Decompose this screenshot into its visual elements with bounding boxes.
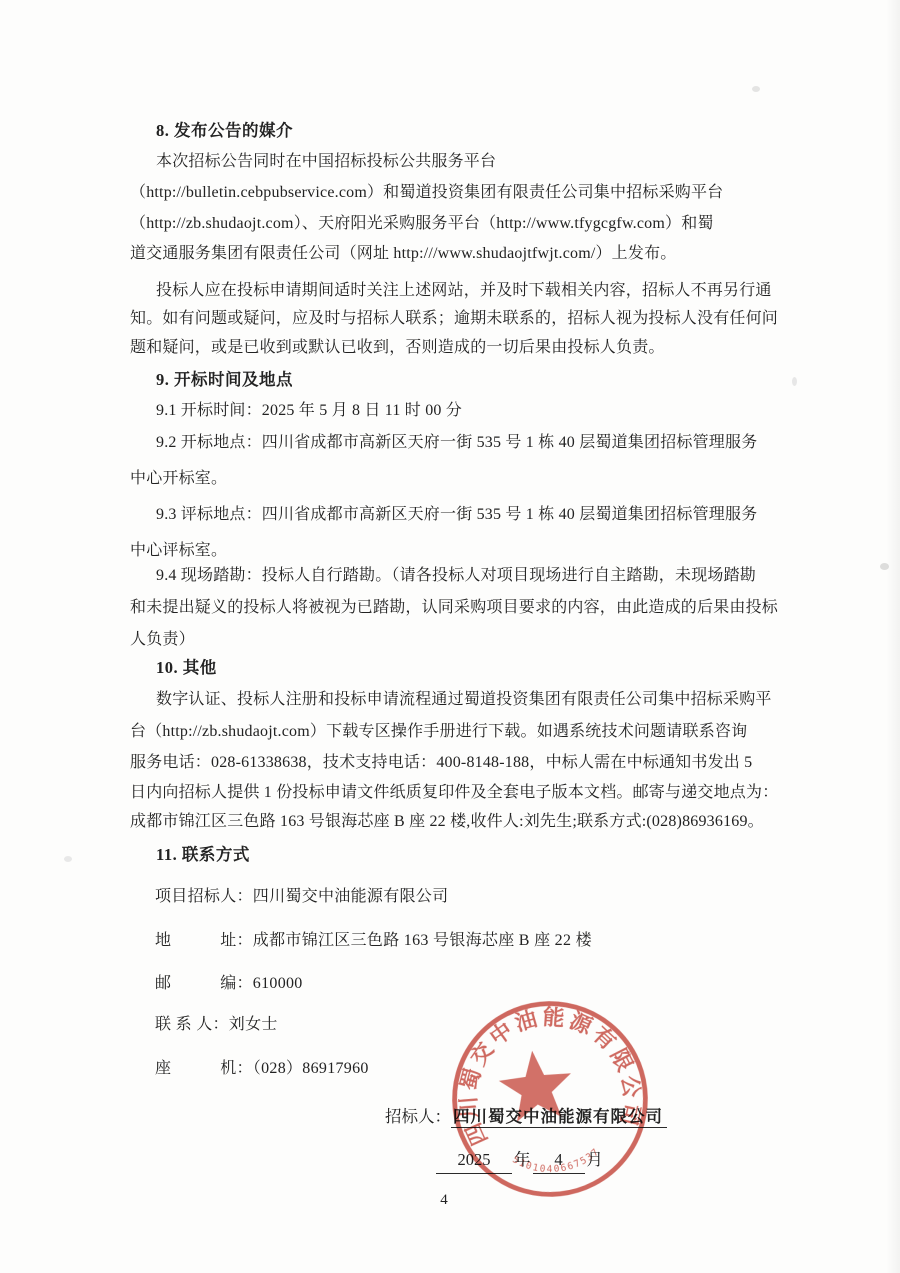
doc-line: 服务电话：028-61338638，技术支持电话：400-8148-188，中标…	[130, 752, 810, 774]
doc-line: 知。如有问题或疑问，应及时与招标人联系；逾期未联系的，招标人视为投标人没有任何问	[130, 308, 810, 330]
doc-line: 9.1 开标时间：2025 年 5 月 8 日 11 时 00 分	[130, 400, 810, 422]
doc-line: 人负责）	[130, 629, 810, 651]
signature-label: 招标人：	[385, 1107, 451, 1126]
contact-zipcode-line: 邮 编：610000	[155, 973, 755, 995]
scan-edge-shading	[886, 0, 900, 1273]
scan-artifact	[752, 86, 760, 92]
contact-tenderer-line: 项目招标人：四川蜀交中油能源有限公司	[155, 886, 755, 908]
signature-date-year: 2025	[436, 1148, 512, 1174]
signature-date-month-unit: 月	[585, 1150, 606, 1169]
scan-artifact	[792, 377, 797, 386]
doc-line: 中心评标室。	[130, 540, 810, 562]
page-number: 4	[430, 1192, 458, 1209]
doc-line: 数字认证、投标人注册和投标申请流程通过蜀道投资集团有限责任公司集中招标采购平	[130, 689, 810, 711]
doc-line: 道交通服务集团有限责任公司（网址 http:///www.shudaojtfwj…	[130, 243, 810, 265]
section-heading-8: 8. 发布公告的媒介	[130, 120, 810, 142]
signature-date-year-unit: 年	[512, 1150, 533, 1169]
doc-line: 9.4 现场踏勘：投标人自行踏勘。（请各投标人对项目现场进行自主踏勘，未现场踏勘	[130, 565, 810, 587]
doc-line: 题和疑问，或是已收到或默认已收到，否则造成的一切后果由投标人负责。	[130, 337, 810, 359]
signature-line: 招标人：四川蜀交中油能源有限公司	[385, 1105, 667, 1129]
doc-line: 成都市锦江区三色路 163 号银海芯座 B 座 22 楼,收件人:刘先生;联系方…	[130, 811, 810, 833]
doc-line: （http://bulletin.cebpubservice.com）和蜀道投资…	[130, 182, 810, 204]
section-heading-9: 9. 开标时间及地点	[130, 369, 810, 391]
doc-line: 9.2 开标地点：四川省成都市高新区天府一街 535 号 1 栋 40 层蜀道集…	[130, 432, 810, 454]
doc-line: 9.3 评标地点：四川省成都市高新区天府一街 535 号 1 栋 40 层蜀道集…	[130, 504, 810, 526]
doc-line: 中心开标室。	[130, 468, 810, 490]
section-heading-11: 11. 联系方式	[130, 844, 810, 866]
doc-line: 投标人应在投标申请期间适时关注上述网站，并及时下载相关内容，招标人不再另行通	[130, 280, 810, 302]
section-heading-10: 10. 其他	[130, 657, 810, 679]
scan-artifact	[64, 856, 72, 862]
doc-line: （http://zb.shudaojt.com）、天府阳光采购服务平台（http…	[130, 213, 810, 235]
contact-address-line: 地 址：成都市锦江区三色路 163 号银海芯座 B 座 22 楼	[155, 930, 755, 952]
document-page: 8. 发布公告的媒介 本次招标公告同时在中国招标投标公共服务平台 （http:/…	[0, 0, 900, 1273]
signature-company-name: 四川蜀交中油能源有限公司	[451, 1107, 667, 1128]
contact-phone-line: 座 机：（028）86917960	[155, 1058, 755, 1080]
signature-date-line: 2025年4月	[436, 1148, 605, 1174]
doc-line: 日内向招标人提供 1 份投标申请文件纸质复印件及全套电子版本文档。邮寄与递交地点…	[130, 782, 810, 804]
doc-line: 台（http://zb.shudaojt.com）下载专区操作手册进行下载。如遇…	[130, 721, 810, 743]
doc-line: 和未提出疑义的投标人将被视为已踏勘，认同采购项目要求的内容，由此造成的后果由投标	[130, 597, 810, 619]
signature-date-month: 4	[533, 1148, 585, 1174]
doc-line: 本次招标公告同时在中国招标投标公共服务平台	[130, 151, 810, 173]
contact-person-line: 联 系 人：刘女士	[155, 1014, 755, 1036]
